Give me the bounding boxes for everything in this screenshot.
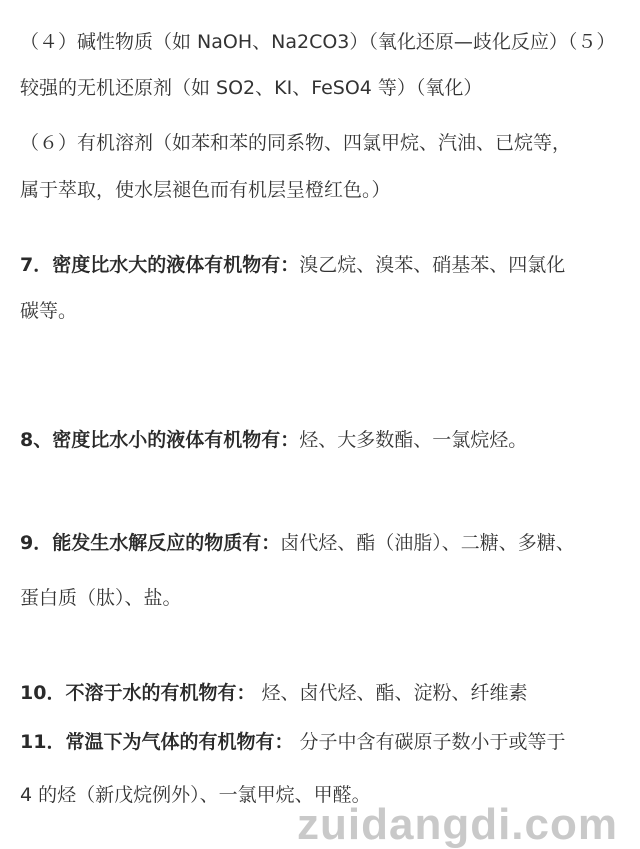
item-11-body: 分子中含有碳原子数小于或等于	[293, 731, 565, 753]
item-8-heading: 8、密度比水小的液体有机物有：	[20, 429, 299, 451]
item-10-heading: 10．不溶于水的有机物有：	[20, 682, 255, 704]
text-line-acid-base: （４）碱性物质（如 NaOH、Na2CO3）（氧化还原—歧化反应）（５）	[20, 30, 615, 54]
item-11-heading: 11．常温下为气体的有机物有：	[20, 731, 293, 753]
watermark: zuidangdi.com	[297, 800, 618, 849]
item-9-continued: 蛋白质（肽）、盐。	[20, 586, 182, 610]
text-line-organic-solvent: （６）有机溶剂（如苯和苯的同系物、四氯甲烷、汽油、已烷等，	[20, 131, 571, 155]
item-9: 9．能发生水解反应的物质有：卤代烃、酯（油脂）、二糖、多糖、	[20, 531, 575, 555]
item-8: 8、密度比水小的液体有机物有：烃、大多数酯、一氯烷烃。	[20, 428, 527, 452]
item-11: 11．常温下为气体的有机物有： 分子中含有碳原子数小于或等于	[20, 730, 566, 754]
item-7-heading: 7．密度比水大的液体有机物有：	[20, 254, 299, 276]
text-line-extraction: 属于萃取，使水层褪色而有机层呈橙红色。）	[20, 178, 391, 202]
text-line-reducing-agent: 较强的无机还原剂（如 SO2、KI、FeSO4 等）（氧化）	[20, 76, 482, 100]
item-7-body: 溴乙烷、溴苯、硝基苯、四氯化	[299, 254, 565, 276]
item-10-body: 烃、卤代烃、酯、淀粉、纤维素	[255, 682, 527, 704]
item-9-body: 卤代烃、酯（油脂）、二糖、多糖、	[280, 532, 575, 554]
item-8-body: 烃、大多数酯、一氯烷烃。	[299, 429, 527, 451]
item-7-continued: 碳等。	[20, 299, 77, 323]
item-9-heading: 9．能发生水解反应的物质有：	[20, 532, 280, 554]
item-7: 7．密度比水大的液体有机物有：溴乙烷、溴苯、硝基苯、四氯化	[20, 253, 565, 277]
item-10: 10．不溶于水的有机物有： 烃、卤代烃、酯、淀粉、纤维素	[20, 681, 528, 705]
